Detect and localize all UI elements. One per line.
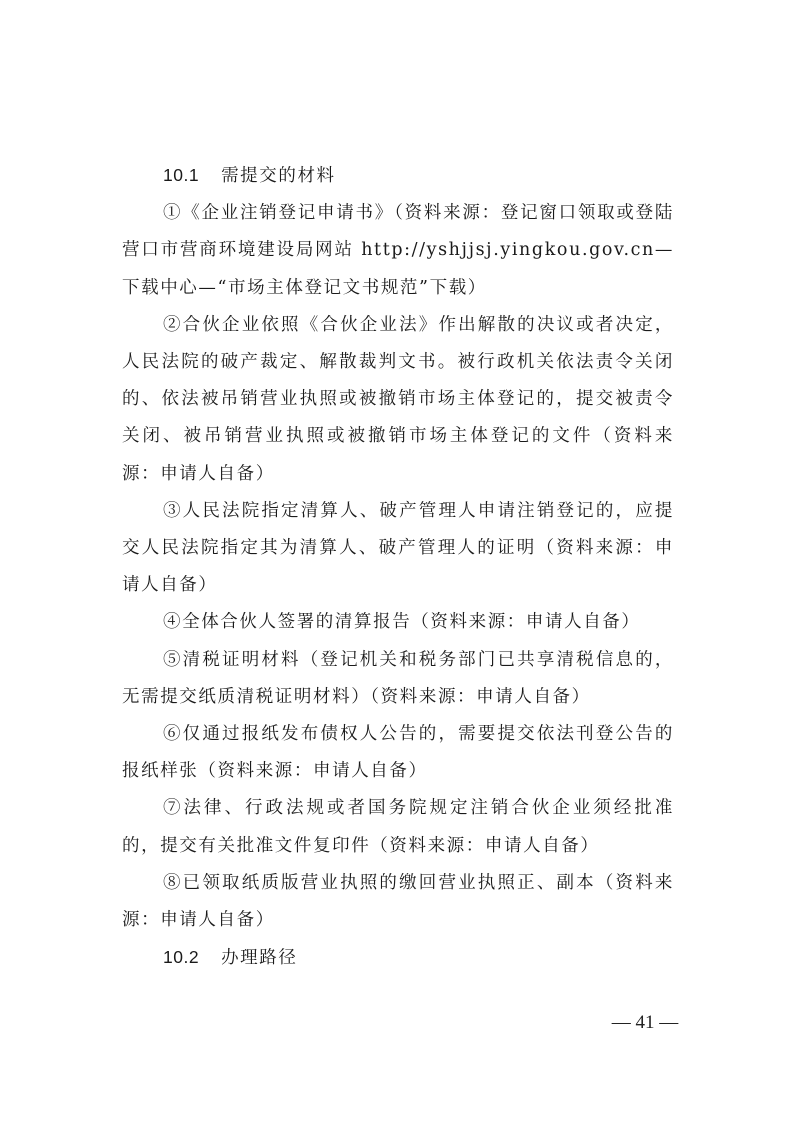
- section-number: 10.2: [163, 947, 199, 967]
- page-number: — 41 —: [600, 1012, 690, 1034]
- section-title: 需提交的材料: [221, 166, 336, 186]
- material-item-3: ③人民法院指定清算人、破产管理人申请注销登记的，应提交人民法院指定其为清算人、破…: [122, 493, 674, 605]
- material-item-5: ⑤清税证明材料（登记机关和税务部门已共享清税信息的，无需提交纸质清税证明材料）（…: [122, 642, 674, 716]
- section-heading-10-2: 10.2办理路径: [122, 939, 674, 977]
- document-page: 10.1需提交的材料 ①《企业注销登记申请书》（资料来源：登记窗口领取或登陆营口…: [0, 0, 793, 1122]
- material-item-8: ⑧已领取纸质版营业执照的缴回营业执照正、副本（资料来源：申请人自备）: [122, 865, 674, 939]
- section-number: 10.1: [163, 165, 199, 185]
- section-title: 办理路径: [221, 948, 297, 968]
- material-item-7: ⑦法律、行政法规或者国务院规定注销合伙企业须经批准的，提交有关批准文件复印件（资…: [122, 790, 674, 864]
- page-content: 10.1需提交的材料 ①《企业注销登记申请书》（资料来源：登记窗口领取或登陆营口…: [122, 157, 674, 977]
- material-item-1: ①《企业注销登记申请书》（资料来源：登记窗口领取或登陆营口市营商环境建设局网站 …: [122, 195, 674, 307]
- material-item-6: ⑥仅通过报纸发布债权人公告的，需要提交依法刊登公告的报纸样张（资料来源：申请人自…: [122, 716, 674, 790]
- material-item-4: ④全体合伙人签署的清算报告（资料来源：申请人自备）: [122, 604, 674, 641]
- section-heading-10-1: 10.1需提交的材料: [122, 157, 674, 195]
- material-item-2: ②合伙企业依照《合伙企业法》作出解散的决议或者决定，人民法院的破产裁定、解散裁判…: [122, 307, 674, 493]
